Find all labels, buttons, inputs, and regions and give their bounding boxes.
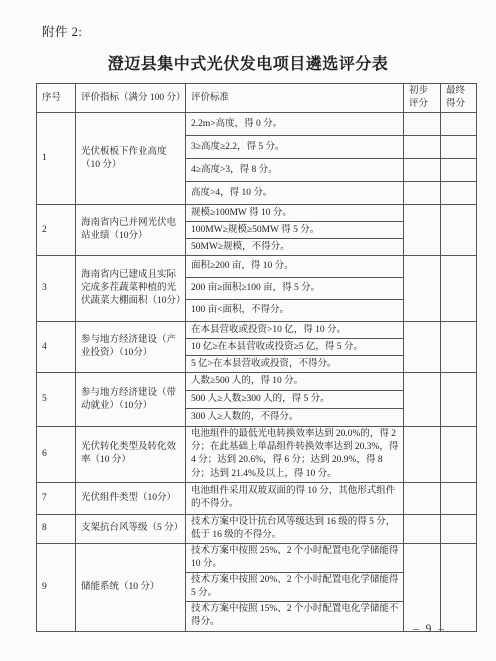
- criteria-cell: 技术方案中按照 25%、2 个小时配置电化学储能得 10 分。: [186, 543, 404, 572]
- table-row: 8 支架抗台风等级（5 分） 技术方案中设计抗台风等级达到 16 级的得 5 分…: [37, 514, 477, 543]
- table-row: 1 光伏板板下作业高度（10 分） 2.2m>高度，得 0 分。: [37, 113, 477, 136]
- indicator-cell: 光伏组件类型（10分）: [76, 482, 186, 514]
- preliminary-score-cell: [404, 482, 441, 514]
- scanned-document-page: 附件 2: 澄迈县集中式光伏发电项目遴选评分表 序号 评价指标（满分 100 分…: [0, 0, 496, 661]
- final-score-cell: [441, 136, 477, 159]
- preliminary-score-cell: [404, 113, 441, 136]
- preliminary-score-cell: [404, 373, 441, 427]
- indicator-cell: 光伏板板下作业高度（10 分）: [76, 113, 186, 205]
- criteria-cell: 50MW≥规模，不得分。: [186, 239, 404, 256]
- indicator-cell: 参与地方经济建设（带动就业）（10分）: [76, 373, 186, 427]
- preliminary-score-cell: [404, 136, 441, 159]
- final-score-cell: [441, 205, 477, 256]
- table-row: 5 参与地方经济建设（带动就业）（10分） 人数≥500 人的，得 10 分。: [37, 373, 477, 391]
- criteria-cell: 在本县营收或投资>10 亿，得 10 分。: [186, 322, 404, 339]
- indicator-cell: 储能系统（10 分）: [76, 543, 186, 631]
- attachment-label: 附件 2:: [42, 22, 82, 40]
- criteria-cell: 规模≥100MW 得 10 分。: [186, 205, 404, 222]
- index-cell: 5: [37, 373, 76, 427]
- preliminary-score-cell: [404, 159, 441, 182]
- final-score-cell: [441, 322, 477, 373]
- criteria-cell: 200 亩≥面积≥100 亩，得 5 分。: [186, 278, 404, 300]
- page-number: – 9 –: [413, 623, 446, 635]
- criteria-cell: 技术方案中设计抗台风等级达到 16 级的得 5 分，低于 16 级的不得分。: [186, 514, 404, 543]
- criteria-cell: 100MW≥规模≥50MW 得 5 分。: [186, 222, 404, 239]
- indicator-cell: 参与地方经济建设（产业投资）（10分）: [76, 322, 186, 373]
- indicator-cell: 光伏转化类型及转化效率（10 分）: [76, 427, 186, 482]
- preliminary-score-cell: [404, 543, 441, 631]
- header-final-score: 最终得分: [441, 84, 477, 113]
- scoring-table: 序号 评价指标（满分 100 分） 评价标准 初步评分 最终得分 1 光伏板板下…: [36, 83, 477, 632]
- criteria-cell: 高度>4，得 10 分。: [186, 182, 404, 205]
- header-criteria: 评价标准: [186, 84, 404, 113]
- index-cell: 4: [37, 322, 76, 373]
- final-score-cell: [441, 256, 477, 322]
- header-index: 序号: [37, 84, 76, 113]
- table-row: 6 光伏转化类型及转化效率（10 分） 电池组件的最低光电转换效率达到 20.0…: [37, 427, 477, 482]
- table-row: 4 参与地方经济建设（产业投资）（10分） 在本县营收或投资>10 亿，得 10…: [37, 322, 477, 339]
- index-cell: 3: [37, 256, 76, 322]
- preliminary-score-cell: [404, 322, 441, 373]
- criteria-cell: 300 人≥人数的，不得分。: [186, 409, 404, 427]
- final-score-cell: [441, 113, 477, 136]
- final-score-cell: [441, 543, 477, 631]
- final-score-cell: [441, 482, 477, 514]
- page-title: 澄迈县集中式光伏发电项目遴选评分表: [0, 51, 496, 74]
- final-score-cell: [441, 514, 477, 543]
- index-cell: 6: [37, 427, 76, 482]
- criteria-cell: 技术方案中按照 15%、2 个小时配置电化学储能不得分。: [186, 602, 404, 631]
- table-row: 9 储能系统（10 分） 技术方案中按照 25%、2 个小时配置电化学储能得 1…: [37, 543, 477, 572]
- table-row: 2 海南省内已并网光伏电站业绩（10分） 规模≥100MW 得 10 分。: [37, 205, 477, 222]
- criteria-cell: 5 亿>在本县营收或投资，不得分。: [186, 356, 404, 373]
- table-row: 7 光伏组件类型（10分） 电池组件采用双玻双面的得 10 分，其他形式组件的不…: [37, 482, 477, 514]
- final-score-cell: [441, 373, 477, 427]
- table-row: 3 海南省内已建成且实际完成多茬蔬菜种植的光伏蔬菜大棚面积（10分） 面积≥20…: [37, 256, 477, 278]
- preliminary-score-cell: [404, 205, 441, 256]
- criteria-cell: 4≥高度>3，得 8 分。: [186, 159, 404, 182]
- indicator-cell: 海南省内已并网光伏电站业绩（10分）: [76, 205, 186, 256]
- criteria-cell: 3≥高度≥2.2，得 5 分。: [186, 136, 404, 159]
- criteria-cell: 2.2m>高度，得 0 分。: [186, 113, 404, 136]
- final-score-cell: [441, 427, 477, 482]
- index-cell: 1: [37, 113, 76, 205]
- index-cell: 9: [37, 543, 76, 631]
- criteria-cell: 10 亿≥在本县营收或投资≥5 亿，得 5 分。: [186, 339, 404, 356]
- header-indicator: 评价指标（满分 100 分）: [76, 84, 186, 113]
- criteria-cell: 100 亩<面积，不得分。: [186, 300, 404, 322]
- preliminary-score-cell: [404, 182, 441, 205]
- indicator-cell: 海南省内已建成且实际完成多茬蔬菜种植的光伏蔬菜大棚面积（10分）: [76, 256, 186, 322]
- index-cell: 2: [37, 205, 76, 256]
- preliminary-score-cell: [404, 427, 441, 482]
- final-score-cell: [441, 182, 477, 205]
- criteria-cell: 面积≥200 亩，得 10 分。: [186, 256, 404, 278]
- criteria-cell: 电池组件的最低光电转换效率达到 20.0%的，得 2 分；在此基础上单晶组件转换…: [186, 427, 404, 482]
- preliminary-score-cell: [404, 256, 441, 322]
- index-cell: 8: [37, 514, 76, 543]
- criteria-cell: 500 人≥人数≥300 人的，得 5 分。: [186, 391, 404, 409]
- criteria-cell: 人数≥500 人的，得 10 分。: [186, 373, 404, 391]
- header-preliminary-score: 初步评分: [404, 84, 441, 113]
- index-cell: 7: [37, 482, 76, 514]
- indicator-cell: 支架抗台风等级（5 分）: [76, 514, 186, 543]
- final-score-cell: [441, 159, 477, 182]
- criteria-cell: 电池组件采用双玻双面的得 10 分，其他形式组件的不得分。: [186, 482, 404, 514]
- table-header-row: 序号 评价指标（满分 100 分） 评价标准 初步评分 最终得分: [37, 84, 477, 113]
- preliminary-score-cell: [404, 514, 441, 543]
- criteria-cell: 技术方案中按照 20%、2 个小时配置电化学储能得 5 分。: [186, 573, 404, 602]
